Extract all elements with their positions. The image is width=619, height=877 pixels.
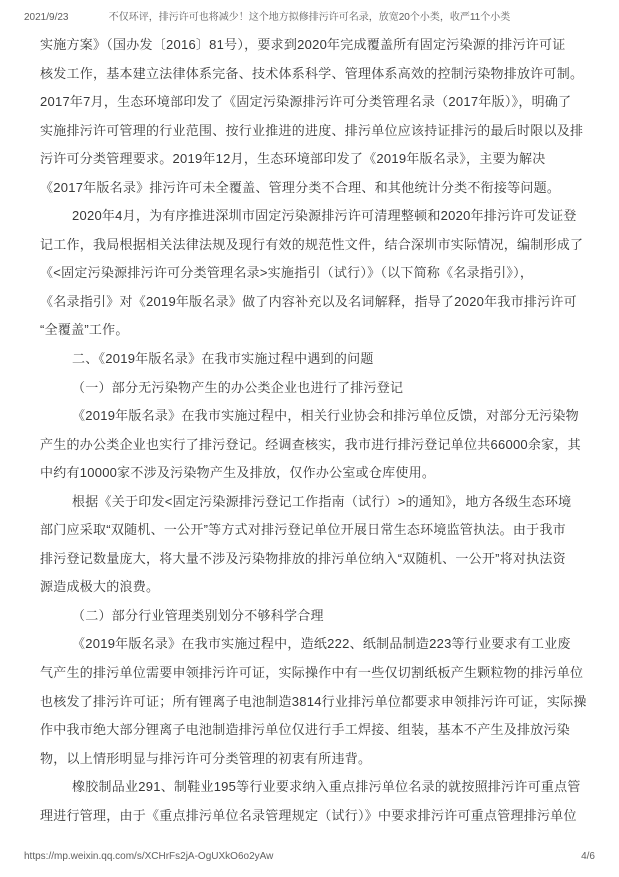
source-url: https://mp.weixin.qq.com/s/XCHrFs2jA-OgU… [24, 849, 273, 865]
text-line: 橡胶制品业291、制鞋业195等行业要求纳入重点排污单位名录的就按照排污许可重点… [40, 773, 581, 802]
text-line: “全覆盖”工作。 [40, 316, 581, 345]
text-line: （一）部分无污染物产生的办公类企业也进行了排污登记 [40, 374, 581, 403]
print-date: 2021/9/23 [24, 10, 69, 26]
document-body: 实施方案》（国办发〔2016〕81号），要求到2020年完成覆盖所有固定污染源的… [40, 31, 581, 830]
text-line: 气产生的排污单位需要申领排污许可证，实际操作中有一些仅切割纸板产生颗粒物的排污单… [40, 659, 581, 688]
text-line: 核发工作，基本建立法律体系完备、技术体系科学、管理体系高效的控制污染物排放许可制… [40, 60, 581, 89]
print-header: 2021/9/23 不仅环评，排污许可也将减少！这个地方拟修排污许可名录，放宽2… [24, 10, 595, 26]
text-line: 源造成极大的浪费。 [40, 573, 581, 602]
text-line: 2020年4月，为有序推进深圳市固定污染源排污许可清理整顿和2020年排污许可发… [40, 202, 581, 231]
text-line: 记工作，我局根据相关法律法规及现行有效的规范性文件，结合深圳市实际情况，编制形成… [40, 231, 581, 260]
text-line: 部门应采取“双随机、一公开”等方式对排污登记单位开展日常生态环境监管执法。由于我… [40, 516, 581, 545]
text-line: （二）部分行业管理类别划分不够科学合理 [40, 602, 581, 631]
text-line: 《2019年版名录》在我市实施过程中，造纸222、纸制品制造223等行业要求有工… [40, 630, 581, 659]
text-line: 作中我市绝大部分锂离子电池制造排污单位仅进行手工焊接、组装，基本不产生及排放污染 [40, 716, 581, 745]
text-line: 产生的办公类企业也实行了排污登记。经调查核实，我市进行排污登记单位共66000余… [40, 431, 581, 460]
text-line: 《<固定污染源排污许可分类管理名录>实施指引（试行）》（以下简称《名录指引》）， [40, 259, 581, 288]
text-line: 《2017年版名录》排污许可未全覆盖、管理分类不合理、和其他统计分类不衔接等问题… [40, 174, 581, 203]
text-line: 物，以上情形明显与排污许可分类管理的初衷有所违背。 [40, 745, 581, 774]
text-line: 排污登记数量庞大，将大量不涉及污染物排放的排污单位纳入“双随机、一公开”将对执法… [40, 545, 581, 574]
text-line: 也核发了排污许可证；所有锂离子电池制造3814行业排污单位都要求申领排污许可证，… [40, 688, 581, 717]
text-line: 2017年7月，生态环境部印发了《固定污染源排污许可分类管理名录（2017年版）… [40, 88, 581, 117]
page-number: 4/6 [581, 849, 595, 865]
text-line: 根据《关于印发<固定污染源排污登记工作指南（试行）>的通知》，地方各级生态环境 [40, 488, 581, 517]
text-line: 实施排污许可管理的行业范围、按行业推进的进度、排污单位应该持证排污的最后时限以及… [40, 117, 581, 146]
text-line: 《名录指引》对《2019年版名录》做了内容补充以及名词解释，指导了2020年我市… [40, 288, 581, 317]
text-line: 实施方案》（国办发〔2016〕81号），要求到2020年完成覆盖所有固定污染源的… [40, 31, 581, 60]
text-line: 污许可分类管理要求。2019年12月，生态环境部印发了《2019年版名录》，主要… [40, 145, 581, 174]
text-line: 《2019年版名录》在我市实施过程中，相关行业协会和排污单位反馈，对部分无污染物 [40, 402, 581, 431]
text-line: 中约有10000家不涉及污染物产生及排放，仅作办公室或仓库使用。 [40, 459, 581, 488]
page-title: 不仅环评，排污许可也将减少！这个地方拟修排污许可名录，放宽20个小类，收严11个… [109, 10, 511, 26]
text-line: 理进行管理，由于《重点排污单位名录管理规定（试行）》中要求排污许可重点管理排污单… [40, 802, 581, 831]
text-line: 二、《2019年版名录》在我市实施过程中遇到的问题 [40, 345, 581, 374]
print-footer: https://mp.weixin.qq.com/s/XCHrFs2jA-OgU… [24, 849, 595, 865]
